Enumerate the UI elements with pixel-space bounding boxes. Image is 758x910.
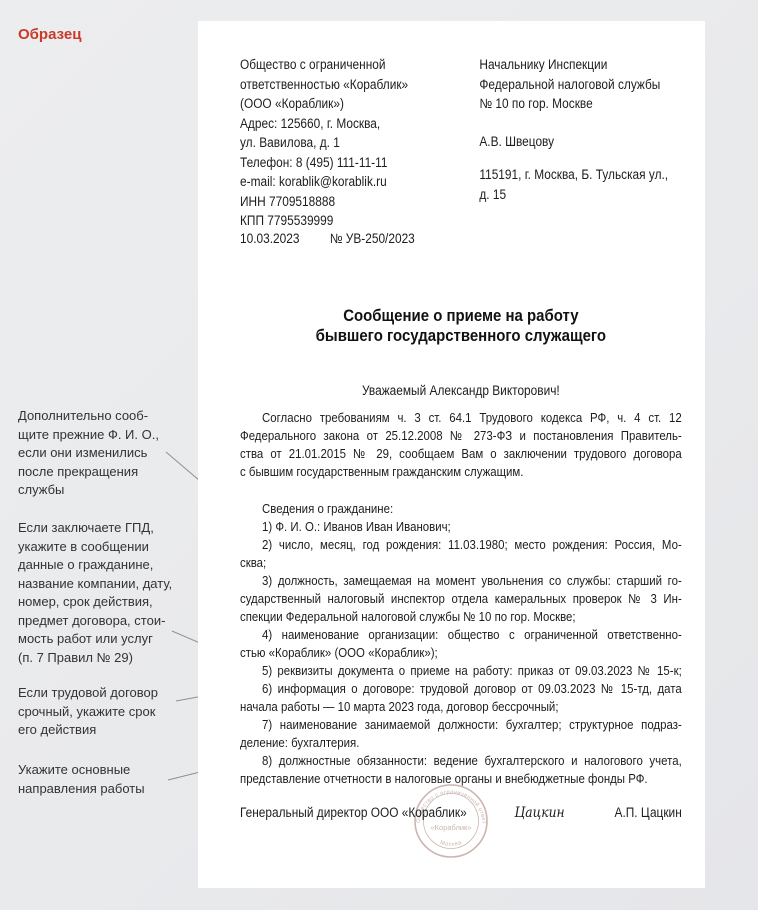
recipient-org: Начальнику ИнспекцииФедеральной налогово… [479,55,668,114]
annotation-line: данные о гражданине, [18,556,194,575]
sender-line: КПП 7795539999 [240,211,408,231]
recipient-address: 115191, г. Москва, Б. Тульская ул.,д. 15 [479,165,668,204]
recipient-org-line: Федеральной налоговой службы [479,75,668,95]
signature-autograph: Цацкин [515,805,565,821]
sender-line: Общество с ограниченной [240,55,408,75]
document-date: 10.03.2023 [240,231,299,246]
document-body-line: Согласно требованиям ч. 3 ст. 64.1 Трудо… [240,409,682,427]
document-body: Согласно требованиям ч. 3 ст. 64.1 Трудо… [240,409,682,788]
annotation-line: (п. 7 Правил № 29) [18,649,194,668]
document-number: № УВ-250/2023 [330,231,415,246]
annotation-line: Если трудовой договор [18,684,194,703]
document-body-line: Федерального закона от 25.12.2008 № 273-… [240,427,682,445]
document-title-line: бывшего государственного служащего [240,326,682,346]
recipient-address-line: 115191, г. Москва, Б. Тульская ул., [479,165,668,185]
sender-line: ул. Вавилова, д. 1 [240,133,408,153]
annotation-line: если они изменились [18,444,194,463]
document-body-line: Сведения о гражданине: [240,500,682,518]
annotation-line: название компании, дату, [18,575,194,594]
screenshot-root: Образец Дополнительно сооб-щите прежние … [0,0,758,910]
document-page: Общество с ограниченнойответственностью … [198,21,705,888]
annotation-work-directions-note: Укажите основныенаправления работы [18,761,194,798]
document-title-line: Сообщение о приеме на работу [240,306,682,326]
annotation-line: после прекращения [18,463,194,482]
signature-position: Генеральный директор ООО «Кораблик» [240,805,467,820]
document-body-line: 2) число, месяц, год рождения: 11.03.198… [240,536,682,554]
stamp-center-text: «Кораблик» [430,823,471,832]
annotation-line: щите прежние Ф. И. О., [18,426,194,445]
sender-line: (ООО «Кораблик») [240,94,408,114]
annotation-former-name: Дополнительно сооб-щите прежние Ф. И. О.… [18,407,194,500]
document-body-line: 8) должностные обязанности: ведение бухг… [240,752,682,770]
document-body-line: 5) реквизиты документа о приеме на работ… [240,662,682,680]
sender-line: Телефон: 8 (495) 111-11-11 [240,153,408,173]
signature-row: Генеральный директор ООО «Кораблик» Цацк… [240,805,682,823]
svg-text:Москва: Москва [439,840,463,848]
document-body-line: 1) Ф. И. О.: Иванов Иван Иванович; [240,518,682,536]
annotation-line: Дополнительно сооб- [18,407,194,426]
document-body-line: спекции Федеральной налоговой службы № 1… [240,608,682,626]
document-body-line: ства от 21.01.2015 № 29, сообщаем Вам о … [240,445,682,463]
date-line: 10.03.2023 № УВ-250/2023 [240,231,682,249]
annotation-line: мость работ или услуг [18,630,194,649]
sender-line: Адрес: 125660, г. Москва, [240,114,408,134]
recipient-org-line: № 10 по гор. Москве [479,94,668,114]
stamp-bottom-text: Москва [439,840,463,848]
recipient-person: А.В. Швецову [479,132,668,152]
annotation-gpd-note: Если заключаете ГПД,укажите в сообщениид… [18,519,194,667]
annotation-line: направления работы [18,780,194,799]
document-body-line: начала работы — 10 марта 2023 года, дого… [240,698,682,716]
document-body-line: стью «Кораблик» (ООО «Кораблик»); [240,644,682,662]
sample-label: Образец [18,26,81,43]
sender-block: Общество с ограниченнойответственностью … [240,55,408,231]
recipient-org-line: Начальнику Инспекции [479,55,668,75]
document-body-line: 6) информация о договоре: трудовой догов… [240,680,682,698]
recipient-address-line: д. 15 [479,185,668,205]
annotation-line: Если заключаете ГПД, [18,519,194,538]
sender-line: ответственностью «Кораблик» [240,75,408,95]
sender-line: ИНН 7709518888 [240,192,408,212]
sender-line: e-mail: korablik@korablik.ru [240,172,408,192]
annotation-line: срочный, укажите срок [18,703,194,722]
annotation-line: укажите в сообщении [18,538,194,557]
document-body-line: с бывшим государственным гражданским слу… [240,463,682,481]
annotation-line: предмет договора, стои- [18,612,194,631]
annotation-line: службы [18,481,194,500]
annotation-line: его действия [18,721,194,740]
document-body-line: 7) наименование занимаемой должности: бу… [240,716,682,734]
document-title: Сообщение о приеме на работубывшего госу… [240,306,682,345]
annotation-line: номер, срок действия, [18,593,194,612]
signature-name: А.П. Цацкин [615,805,682,820]
document-body-line: сква; [240,554,682,572]
document-body-line: сударственный налоговый инспектор отдела… [240,590,682,608]
annotation-fixed-term-note: Если трудовой договорсрочный, укажите ср… [18,684,194,740]
greeting: Уважаемый Александр Викторович! [240,383,682,398]
recipient-block: Начальнику ИнспекцииФедеральной налогово… [479,55,668,204]
document-body-line: 4) наименование организации: общество с … [240,626,682,644]
document-body-line: деление: бухгалтерия. [240,734,682,752]
document-body-line: 3) должность, замещаемая на момент уволь… [240,572,682,590]
annotation-line: Укажите основные [18,761,194,780]
